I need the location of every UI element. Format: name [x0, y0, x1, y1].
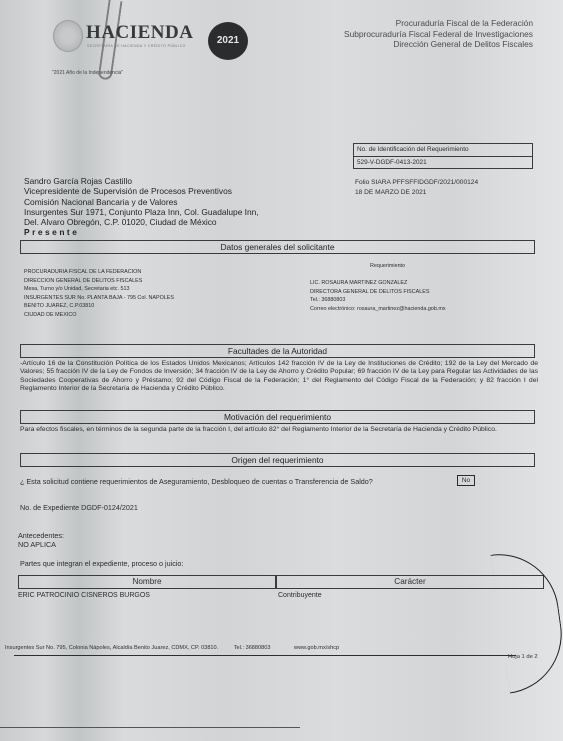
footer-divider [14, 655, 516, 656]
footer-contact: Insurgentes Sur No. 795, Colonia Nápoles… [5, 645, 339, 651]
recipient-closing: Presente [24, 227, 259, 237]
recipient-address-1: Insurgentes Sur 1971, Conjunto Plaza Inn… [24, 207, 259, 217]
contact-phone: Tel.: 36880803 [310, 296, 446, 305]
signature-mark [491, 547, 563, 694]
recipient-address-2: Del. Alvaro Obregón, C.P. 01020, Ciudad … [24, 217, 259, 227]
table-cell-caracter: Contribuyente [278, 592, 322, 599]
contact-email: Correo electrónico: rosaura_martinez@hac… [310, 305, 446, 314]
folio-number: Folio SIARA PFFSFFIDGDF/2021/000124 [355, 178, 478, 188]
antecedentes-label: Antecedentes: [18, 531, 64, 540]
requirement-id-value: 529-V-DGDF-0413-2021 [354, 156, 532, 168]
recipient-position: Vicepresidente de Supervisión de Proceso… [24, 186, 259, 196]
section-facultades: Facultades de la Autoridad [20, 344, 535, 358]
document-date: 18 DE MARZO DE 2021 [355, 188, 478, 198]
hacienda-logo: HACIENDA [86, 22, 193, 44]
solicitante-right-title: Requerimiento [370, 262, 405, 271]
section-origen: Origen del requerimiento [20, 453, 535, 467]
government-emblem-icon [53, 20, 83, 52]
logo-subtitle: SECRETARÍA DE HACIENDA Y CRÉDITO PÚBLICO [87, 44, 186, 48]
bottom-divider [0, 727, 300, 728]
footer-phone: Tel.: 36880803 [234, 645, 271, 651]
recipient-block: Sandro García Rojas Castillo Vicepreside… [24, 176, 259, 238]
solicitante-right: LIC. ROSAURA MARTINEZ GONZALEZ DIRECTORA… [310, 279, 446, 313]
section-motivacion: Motivación del requerimiento [20, 410, 535, 424]
motivacion-text: Para efectos fiscales, en términos de la… [20, 426, 538, 434]
table-cell-nombre: ERIC PATROCINIO CISNEROS BURGOS [18, 592, 150, 599]
contact-position: DIRECTORA GENERAL DE DELITOS FISCALES [310, 288, 446, 297]
facultades-text: -Artículo 16 de la Constitución Política… [20, 360, 538, 394]
folio-block: Folio SIARA PFFSFFIDGDF/2021/000124 18 D… [355, 178, 478, 198]
expediente-number: No. de Expediente DGDF-0124/2021 [20, 503, 138, 512]
solicitante-line: Mesa, Turno y/o Unidad, Secretaria etc. … [24, 285, 174, 294]
partes-label: Partes que integran el expediente, proce… [20, 559, 183, 568]
origen-question: ¿ Esta solicitud contiene requerimientos… [20, 477, 373, 486]
requirement-id-label: No. de Identificación del Requerimiento [354, 144, 532, 156]
recipient-institution: Comisión Nacional Bancaria y de Valores [24, 197, 259, 207]
requirement-id-box: No. de Identificación del Requerimiento … [353, 143, 533, 169]
footer-website: www.gob.mx/shcp [294, 645, 339, 651]
section-datos-generales: Datos generales del solicitante [20, 240, 535, 254]
agency-line: Subprocuraduría Fiscal Federal de Invest… [344, 29, 533, 40]
solicitante-line: DIRECCION GENERAL DE DELITOS FISCALES [24, 277, 174, 286]
agency-line: Procuraduría Fiscal de la Federación [344, 18, 533, 29]
origen-answer-box: No [457, 475, 475, 486]
independence-2021-seal-icon: 2021 [208, 22, 248, 60]
antecedentes-value: NO APLICA [18, 540, 64, 549]
solicitante-line: PROCURADURIA FISCAL DE LA FEDERACION [24, 268, 174, 277]
solicitante-left: PROCURADURIA FISCAL DE LA FEDERACION DIR… [24, 268, 174, 320]
footer-address: Insurgentes Sur No. 795, Colonia Nápoles… [5, 645, 218, 651]
contact-name: LIC. ROSAURA MARTINEZ GONZALEZ [310, 279, 446, 288]
solicitante-line: BENITO JUAREZ, C.P.03810 [24, 302, 174, 311]
table-header-nombre: Nombre [18, 575, 276, 589]
antecedentes: Antecedentes: NO APLICA [18, 531, 64, 549]
year-motto: "2021 Año de la Independencia" [52, 70, 123, 76]
solicitante-line: INSURGENTES SUR No. PLANTA BAJA - 795 Co… [24, 294, 174, 303]
recipient-name: Sandro García Rojas Castillo [24, 176, 259, 186]
agency-header: Procuraduría Fiscal de la Federación Sub… [344, 18, 533, 50]
agency-line: Dirección General de Delitos Fiscales [344, 39, 533, 50]
solicitante-line: CIUDAD DE MEXICO [24, 311, 174, 320]
